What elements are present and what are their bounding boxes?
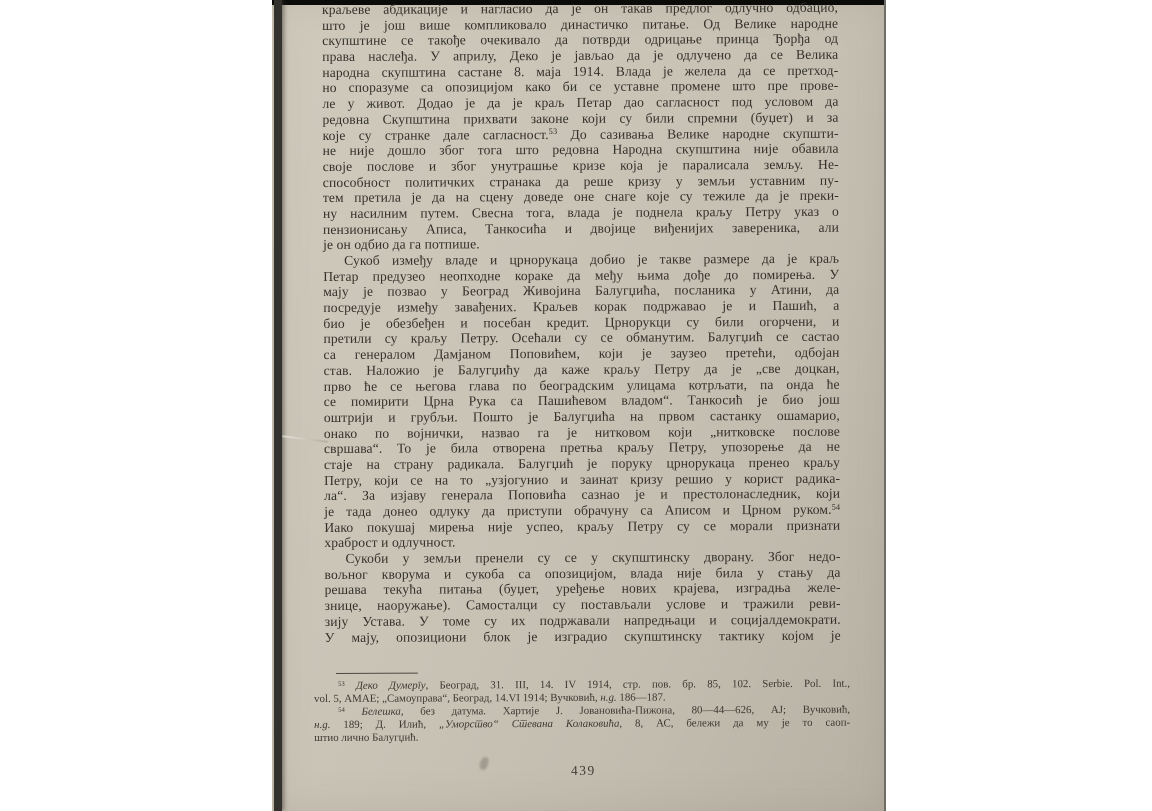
page-right-edge xyxy=(884,0,886,811)
text-line: став. Наложио је Балугџићу да каже краљу… xyxy=(324,361,840,379)
scanned-page: краљеве абдикације и нагласио да је он т… xyxy=(272,0,886,811)
text-line: Иако покушај мирења није успео, краљу Пе… xyxy=(324,517,840,535)
text-line: ну насилним путем. Свесна тога, влада је… xyxy=(323,204,839,222)
page-number: 439 xyxy=(325,762,841,780)
screenshot-canvas: краљеве абдикације и нагласио да је он т… xyxy=(0,0,1152,811)
text-line: своје послове и због унутрашње кризе кој… xyxy=(323,157,839,175)
footnotes: 53 Деко Думергу, Београд, 31. III, 14. I… xyxy=(314,678,850,745)
text-line: посредује између завађених. Краљев корак… xyxy=(323,298,839,316)
text-line: оштрији и грубљи. Пошто је Балугџића на … xyxy=(324,408,840,426)
footnote: 54 Белешка, без датума. Хартије Ј. Јован… xyxy=(314,704,850,745)
body-text: краљеве абдикације и нагласио да је он т… xyxy=(322,0,841,645)
footnote-separator xyxy=(336,673,418,674)
text-line: пензионисању Аписа, Танкосића и двојице … xyxy=(323,219,839,237)
text-line: стаје на страну радикала. Балугџић је по… xyxy=(324,455,840,473)
page-content: краљеве абдикације и нагласио да је он т… xyxy=(322,0,841,745)
book-spine-shadow xyxy=(274,0,282,811)
paragraph: Сукоби у земљи пренели су се у скупштинс… xyxy=(324,549,840,645)
paragraph: Сукоб између владе и црнорукаца добио је… xyxy=(323,251,840,551)
text-line: је тада донео одлуку да приступи обрачун… xyxy=(324,502,840,520)
footnote-line: штио лично Балугџић. xyxy=(314,730,850,745)
text-line: Сукоби у земљи пренели су се у скупштинс… xyxy=(324,549,840,567)
text-line: У мају, опозициони блок је изградио скуп… xyxy=(325,627,841,645)
paragraph: краљеве абдикације и нагласио да је он т… xyxy=(322,0,839,253)
text-line: зију Устава. У томе су их подржавали нап… xyxy=(325,612,841,630)
paper-crease xyxy=(282,435,328,443)
footnote: 53 Деко Думергу, Београд, 31. III, 14. I… xyxy=(314,678,850,706)
text-line: Сукоб између владе и црнорукаца добио је… xyxy=(323,251,839,269)
text-line: редовна Скупштина прихвати законе који с… xyxy=(322,110,838,128)
text-line: права наслеђа. У априлу, Деко је јављао … xyxy=(322,47,838,65)
footnote-line: н.д. 189; Д. Илић, „Уморство“ Стевана Ко… xyxy=(314,717,850,732)
text-line: краљеве абдикације и нагласио да је он т… xyxy=(322,0,838,18)
footnote-line: 53 Деко Думергу, Београд, 31. III, 14. I… xyxy=(314,678,850,693)
